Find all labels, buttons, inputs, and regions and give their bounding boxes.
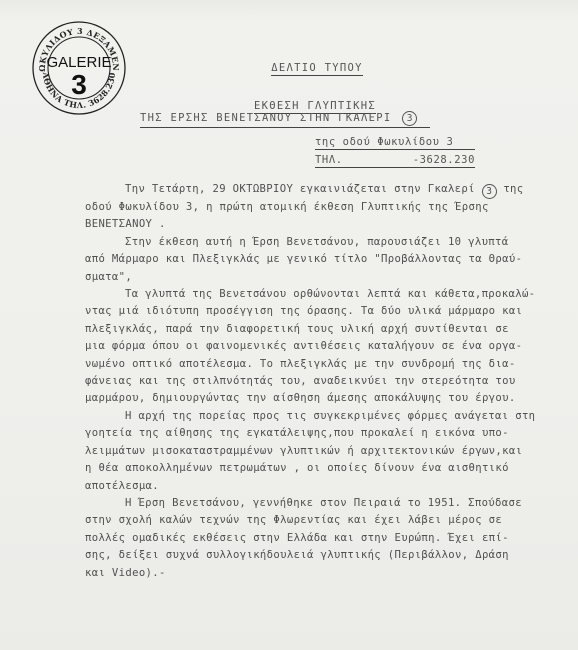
paragraph-sculptures: Τα γλυπτά της Βενετσάνου ορθώνονται λεπτ… bbox=[85, 286, 555, 408]
text-line: σματα", bbox=[85, 269, 555, 286]
exhibition-subheading-text: ΤΗΣ ΕΡΣΗΣ ΒΕΝΕΤΣΑΝΟΥ ΣΤΗΝ ΓΚΑΛΕΡΙ bbox=[140, 112, 392, 124]
text-line: φάνειας και της στιλπνότητάς του, αναδει… bbox=[85, 373, 555, 390]
text-line: γοητεία της αίθησης της εγκατάλειψης,που… bbox=[85, 425, 555, 442]
text-line: Τα γλυπτά της Βενετσάνου ορθώνονται λεπτ… bbox=[85, 286, 555, 303]
text-segment: Την Τετάρτη, 29 ΟΚΤΩΒΡΙΟΥ εγκαινιάζεται … bbox=[125, 183, 475, 195]
document-title-text: ΔΕΛΤΙΟ ΤΥΠΟΥ bbox=[271, 62, 362, 76]
gallery-address: της οδού Φωκυλίδου 3 bbox=[315, 136, 475, 150]
text-segment: της bbox=[503, 183, 523, 195]
press-release-body: Την Τετάρτη, 29 ΟΚΤΩΒΡΙΟΥ εγκαινιάζεται … bbox=[85, 181, 555, 582]
text-line: λειμμάτων μισοκαταστραμμένων γλυπτικών ή… bbox=[85, 443, 555, 460]
paragraph-opening: Την Τετάρτη, 29 ΟΚΤΩΒΡΙΟΥ εγκαινιάζεται … bbox=[85, 181, 555, 234]
paragraph-biography: Η Έρση Βενετσάνου, γεννήθηκε στον Πειραι… bbox=[85, 495, 555, 582]
exhibition-subheading: ΤΗΣ ΕΡΣΗΣ ΒΕΝΕΤΣΑΝΟΥ ΣΤΗΝ ΓΚΑΛΕΡΙ 3 bbox=[140, 111, 430, 128]
text-line: νωμένο οπτικό αποτέλεσμα. Το πλεξιγκλάς … bbox=[85, 356, 555, 373]
circled-number: 3 bbox=[402, 111, 417, 126]
text-line: Στην έκθεση αυτή η Έρση Βενετσάνου, παρο… bbox=[85, 234, 555, 251]
text-line: σης, δείξει συχνά συλλογικήδουλειά γλυπτ… bbox=[85, 547, 555, 564]
text-line: μαρμάρου, δημιουργώντας την αίσθηση άμεσ… bbox=[85, 390, 555, 407]
press-release-page: ΦΩΚΥΛΙΔΟΥ 3 ΔΕΞΑΜΕΝΗ ΑΘΗΝΑ ΤΗΛ. 3628.230… bbox=[0, 0, 578, 650]
text-line: ΒΕΝΕΤΣΑΝΟΥ . bbox=[85, 216, 555, 233]
text-line: Η Έρση Βενετσάνου, γεννήθηκε στον Πειραι… bbox=[85, 495, 555, 512]
text-line: από Μάρμαρο και Πλεξιγκλάς με γενικό τίτ… bbox=[85, 251, 555, 268]
phone-label: ΤΗΛ. bbox=[315, 154, 343, 166]
document-title: ΔΕΛΤΙΟ ΤΥΠΟΥ bbox=[258, 62, 376, 74]
text-line: μια φόρμα όπου οι φαινομενικές αντιθέσει… bbox=[85, 338, 555, 355]
galerie-3-stamp-logo: ΦΩΚΥΛΙΔΟΥ 3 ΔΕΞΑΜΕΝΗ ΑΘΗΝΑ ΤΗΛ. 3628.230… bbox=[31, 20, 127, 116]
stamp-number: 3 bbox=[71, 69, 87, 100]
text-line: πολλές ομαδικές εκθέσεις στην Ελλάδα και… bbox=[85, 530, 555, 547]
text-line: Η αρχή της πορείας προς τις συγκεκριμένε… bbox=[85, 408, 555, 425]
phone-value: -3628.230 bbox=[413, 154, 475, 166]
circled-number: 3 bbox=[482, 184, 497, 199]
text-line: οδού Φωκυλίδου 3, η πρώτη ατομική έκθεση… bbox=[85, 199, 555, 216]
text-line: Την Τετάρτη, 29 ΟΚΤΩΒΡΙΟΥ εγκαινιάζεται … bbox=[85, 181, 555, 199]
paragraph-exhibition: Στην έκθεση αυτή η Έρση Βενετσάνου, παρο… bbox=[85, 234, 555, 286]
gallery-phone: ΤΗΛ. -3628.230 bbox=[315, 154, 475, 168]
text-line: αποτέλεσμα. bbox=[85, 478, 555, 495]
text-line: στην σχολή καλών τεχνών της Φλωρεντίας κ… bbox=[85, 512, 555, 529]
address-text: της οδού Φωκυλίδου 3 bbox=[315, 136, 453, 148]
text-line: και Video).- bbox=[85, 565, 555, 582]
text-line: η θέα αποκολλημένων πετρωμάτων , οι οποί… bbox=[85, 460, 555, 477]
paragraph-origins: Η αρχή της πορείας προς τις συγκεκριμένε… bbox=[85, 408, 555, 495]
text-line: πλεξιγκλάς, παρά την διαφορετική τους υλ… bbox=[85, 321, 555, 338]
text-line: ντας μιά ιδιότυπη προσέγγιση της όρασης.… bbox=[85, 303, 555, 320]
